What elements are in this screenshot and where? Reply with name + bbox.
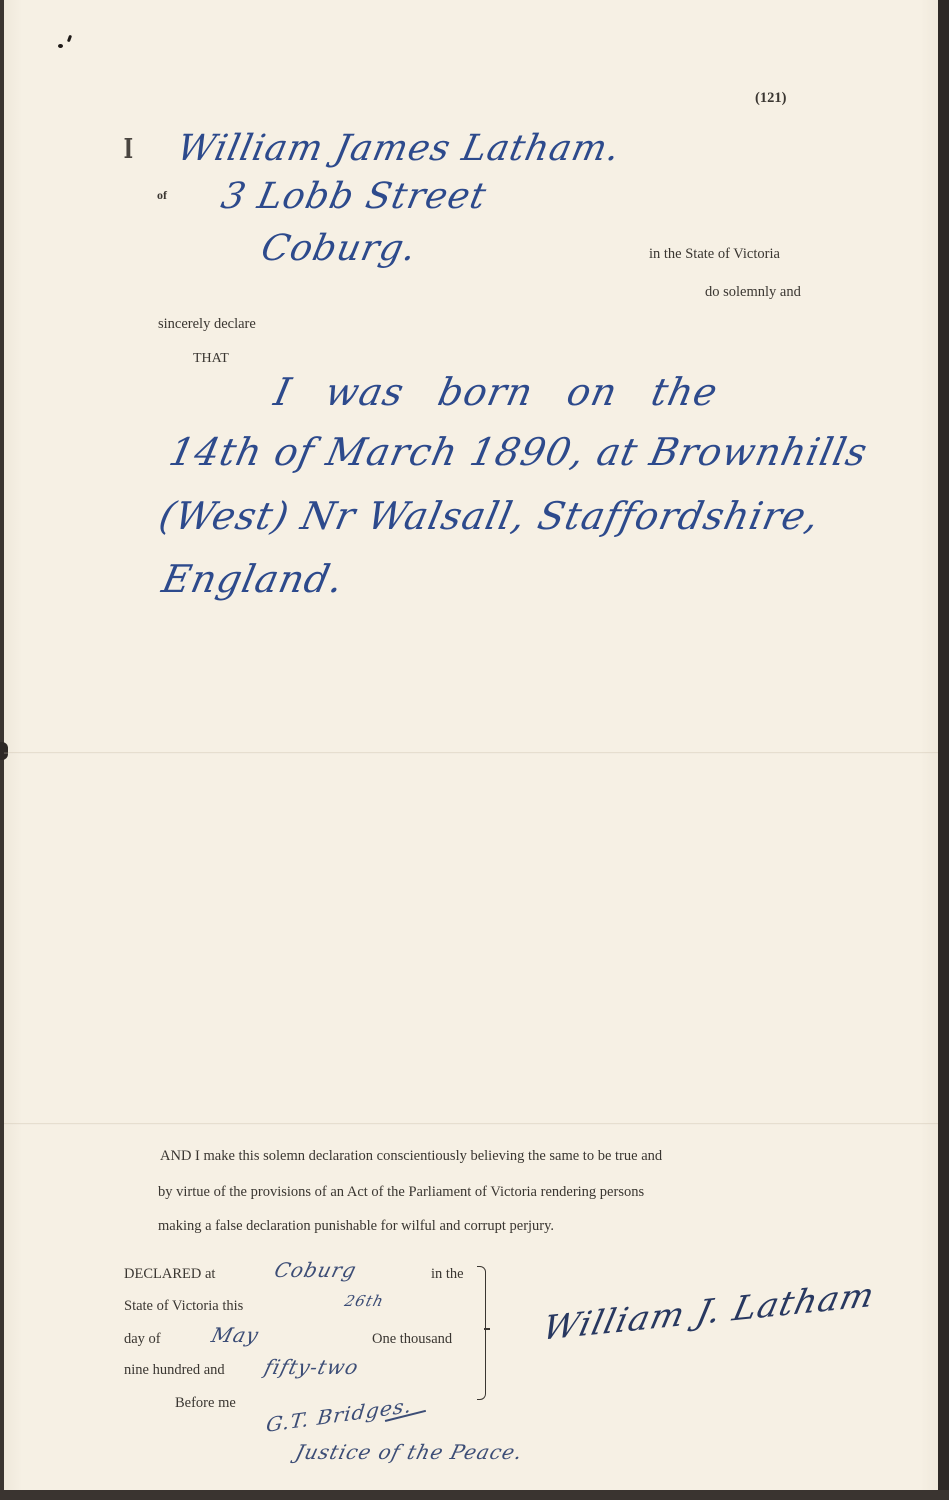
address-line-1: 3 Lobb Street [218,176,491,217]
before-me-label: Before me [175,1395,236,1412]
year-value: fifty-two [262,1355,361,1379]
declared-at-label: DECLARED at [124,1266,215,1283]
declared-at-value: Coburg [272,1258,359,1282]
declaration-line-1: AND I make this solemn declaration consc… [160,1148,662,1165]
jurat-brace [477,1266,486,1400]
page-notch [0,742,8,760]
sincerely-phrase: sincerely declare [158,316,256,333]
fold-line [4,752,938,754]
declaration-line-3: making a false declaration punishable fo… [158,1218,554,1235]
one-thousand-label: One thousand [372,1331,452,1348]
page-bottom-edge [0,1490,949,1500]
that-label: THAT [193,351,229,367]
in-the-label: in the [431,1266,464,1283]
declaration-line-2: by virtue of the provisions of an Act of… [158,1184,644,1201]
declarant-prefix: I [124,134,133,165]
day-of-label: day of [124,1331,161,1348]
ink-mark [58,44,63,48]
of-label: of [157,188,167,203]
state-phrase: in the State of Victoria [649,246,780,263]
witness-title: Justice of the Peace. [293,1440,526,1464]
declarant-name: William James Latham. [174,128,625,169]
fold-line [4,1123,938,1125]
statement-line-3: (West) Nr Walsall, Staffordshire, [155,494,823,538]
nine-hundred-label: nine hundred and [124,1362,225,1379]
page-edge-shadow [938,0,949,1500]
state-this-label: State of Victoria this [124,1298,243,1315]
statement-line-1: I was born on the [270,370,722,414]
statement-line-2: 14th of March 1890, at Brownhills [165,430,871,474]
jurat-brace-tip [484,1328,490,1330]
solemnly-phrase: do solemnly and [705,284,801,301]
month-value: May [209,1323,262,1347]
statement-line-4: England. [158,557,348,601]
address-line-2: Coburg. [258,228,421,269]
form-number: (121) [755,90,786,107]
day-value: 26th [343,1292,386,1310]
